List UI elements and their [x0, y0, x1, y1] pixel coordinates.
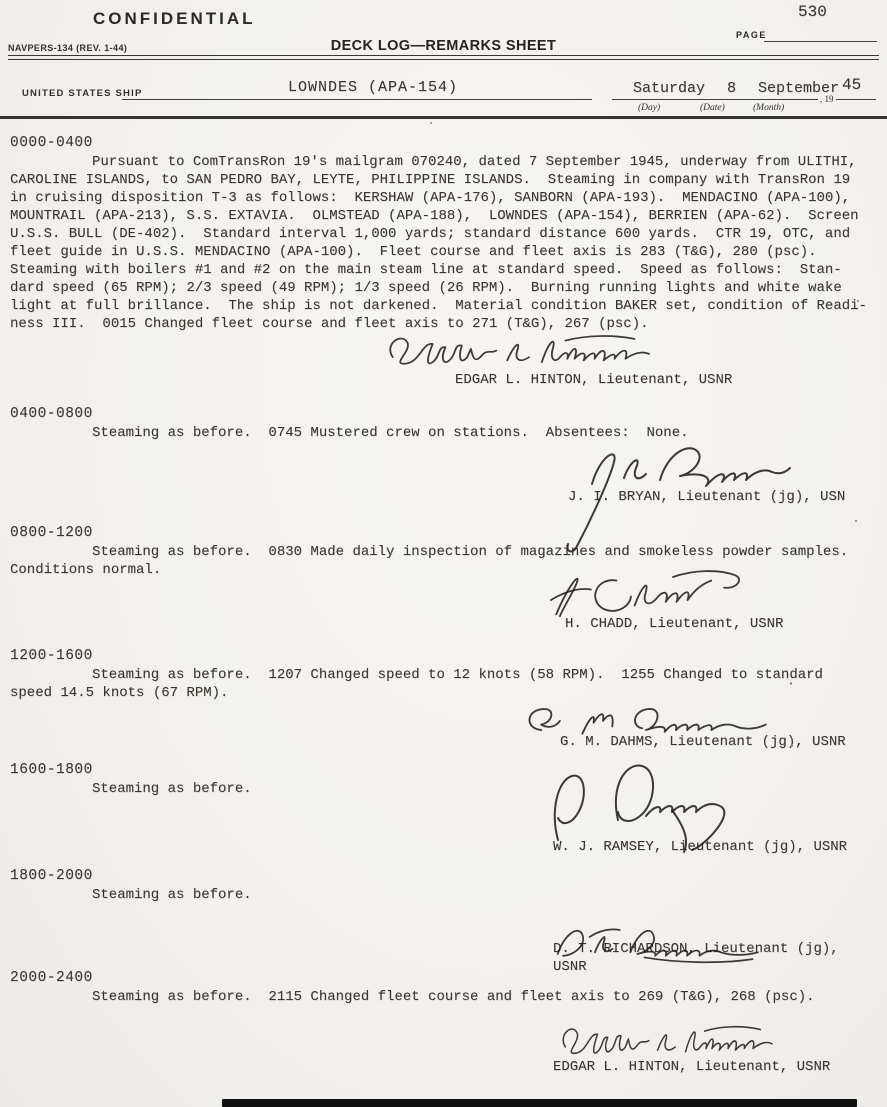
log-text-line: light at full brillance. The ship is not…	[10, 297, 879, 315]
log-entry: 1600-1800 Steaming as before. W. J. RAMS…	[10, 761, 879, 856]
entry-text: Steaming as before. 2115 Changed fleet c…	[10, 988, 879, 1006]
signature-typed-name: G. M. DAHMS, Lieutenant (jg), USNR	[10, 733, 879, 751]
log-text-line: dard speed (65 RPM); 2/3 speed (49 RPM);…	[10, 279, 879, 297]
log-entry: 1200-1600 Steaming as before. 1207 Chang…	[10, 647, 879, 751]
scan-speck	[791, 744, 793, 747]
signature-typed-name: EDGAR L. HINTON, Lieutenant, USNR	[10, 371, 879, 389]
signature-block: D. T. RICHARDSON, Lieutenant (jg), USNR	[10, 904, 879, 976]
signature-typed-name: W. J. RAMSEY, Lieutenant (jg), USNR	[10, 838, 879, 856]
log-text-line: Steaming with boilers #1 and #2 on the m…	[10, 261, 879, 279]
watch-period: 1800-2000	[10, 867, 879, 886]
scan-speck	[430, 122, 432, 124]
log-text-line: CAROLINE ISLANDS, to SAN PEDRO BAY, LEYT…	[10, 171, 879, 189]
entry-text: Steaming as before. 1207 Changed speed t…	[10, 666, 879, 702]
entry-text: Steaming as before. 0830 Made daily insp…	[10, 543, 879, 579]
log-text-line: speed 14.5 knots (67 RPM).	[10, 684, 879, 702]
scan-artifact-bar	[222, 1099, 857, 1107]
log-text-line: Conditions normal.	[10, 561, 879, 579]
signature-block: J. I. BRYAN, Lieutenant (jg), USN	[10, 442, 879, 506]
deck-log-page: CONFIDENTIAL 530 PAGE NAVPERS-134 (REV. …	[0, 0, 887, 1107]
log-text-line: Steaming as before.	[10, 886, 879, 904]
log-text-line: MOUNTRAIL (APA-213), S.S. EXTAVIA. OLMST…	[10, 207, 879, 225]
watch-period: 1200-1600	[10, 647, 879, 666]
signature-block: EDGAR L. HINTON, Lieutenant, USNR	[10, 333, 879, 389]
log-text-line: Steaming as before.	[10, 780, 879, 798]
entry-text: Steaming as before.	[10, 780, 879, 798]
watch-period: 2000-2400	[10, 969, 879, 988]
signature-typed-name: J. I. BRYAN, Lieutenant (jg), USN	[10, 488, 879, 506]
log-text-line: Steaming as before. 2115 Changed fleet c…	[10, 988, 879, 1006]
log-entries: 0000-0400 Pursuant to ComTransRon 19's m…	[0, 0, 887, 1107]
signature-typed-name: H. CHADD, Lieutenant, USNR	[10, 615, 879, 633]
log-text-line: ness III. 0015 Changed fleet course and …	[10, 315, 879, 333]
scan-speck	[855, 520, 857, 522]
signature-block: G. M. DAHMS, Lieutenant (jg), USNR	[10, 702, 879, 751]
entry-text: Steaming as before.	[10, 886, 879, 904]
entry-text: Pursuant to ComTransRon 19's mailgram 07…	[10, 153, 879, 333]
log-text-line: Pursuant to ComTransRon 19's mailgram 07…	[10, 153, 879, 171]
log-text-line: Steaming as before. 0830 Made daily insp…	[10, 543, 879, 561]
scan-speck	[857, 300, 859, 302]
watch-period: 0800-1200	[10, 524, 879, 543]
signature-block: W. J. RAMSEY, Lieutenant (jg), USNR	[10, 798, 879, 856]
signature-handwriting-hinton	[380, 329, 680, 377]
log-entry: 2000-2400 Steaming as before. 2115 Chang…	[10, 969, 879, 1076]
log-text-line: in cruising disposition T-3 as follows: …	[10, 189, 879, 207]
log-text-line: Steaming as before. 0745 Mustered crew o…	[10, 424, 879, 442]
log-entry: 0400-0800 Steaming as before. 0745 Muste…	[10, 405, 879, 506]
log-entry: 1800-2000 Steaming as before. D. T. RICH…	[10, 867, 879, 976]
log-text-line: Steaming as before. 1207 Changed speed t…	[10, 666, 879, 684]
scan-speck	[790, 682, 792, 685]
log-text-line: fleet guide in U.S.S. MENDACINO (APA-100…	[10, 243, 879, 261]
watch-period: 1600-1800	[10, 761, 879, 780]
signature-typed-name: EDGAR L. HINTON, Lieutenant, USNR	[10, 1058, 879, 1076]
signature-block: EDGAR L. HINTON, Lieutenant, USNR	[10, 1006, 879, 1076]
watch-period: 0400-0800	[10, 405, 879, 424]
log-text-line: U.S.S. BULL (DE-402). Standard interval …	[10, 225, 879, 243]
watch-period: 0000-0400	[10, 134, 879, 153]
log-entry: 0800-1200 Steaming as before. 0830 Made …	[10, 524, 879, 633]
signature-block: H. CHADD, Lieutenant, USNR	[10, 579, 879, 633]
log-entry: 0000-0400 Pursuant to ComTransRon 19's m…	[10, 134, 879, 389]
entry-text: Steaming as before. 0745 Mustered crew o…	[10, 424, 879, 442]
